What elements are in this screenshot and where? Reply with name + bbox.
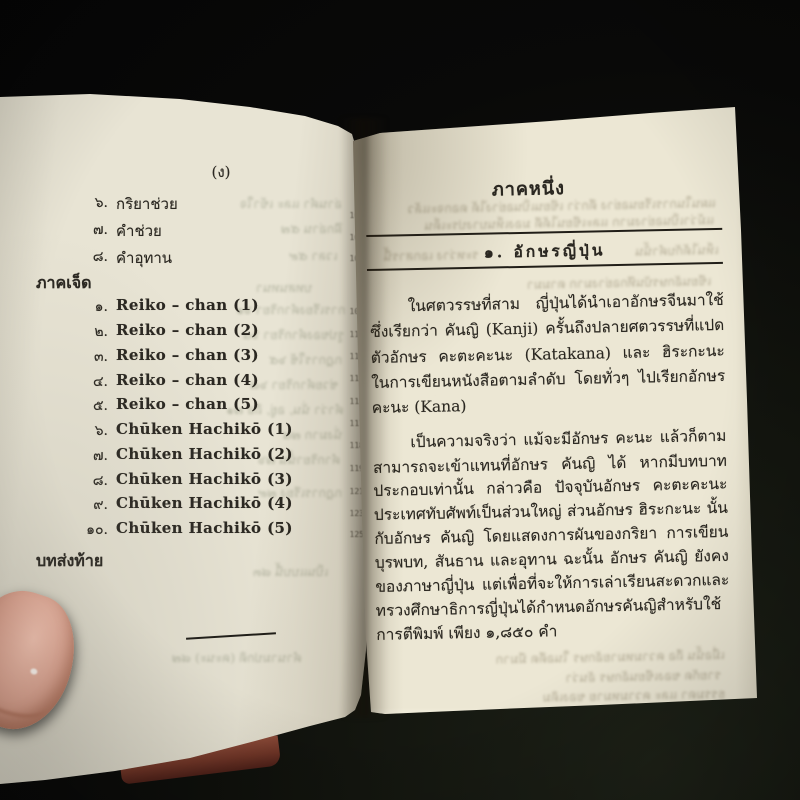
paragraph-line: คะนะ (Kana) (371, 388, 725, 422)
section-heading-part7: ภาคเจ็ด (36, 271, 91, 296)
toc-number: ๙. (54, 494, 108, 516)
toc-label: Reiko – chan (5) (116, 395, 259, 413)
show-through-line: อ่านคำ และ เข้าใจ (240, 194, 342, 214)
thumb-highlight (30, 667, 39, 675)
toc-label: Chūken Hachikō (3) (116, 470, 293, 488)
toc-number: ๖. (54, 192, 108, 214)
toc-label: Reiko – chan (3) (116, 346, 259, 364)
right-page-content: แผนในการเรียนอย่าง ดีกว่า เขียนเป็นอย่าง… (344, 92, 766, 720)
toc-label: Reiko – chan (1) (116, 296, 259, 314)
show-through-line: เวลา ๕๙ (289, 246, 338, 266)
show-through-line: ธรรมดา และ ความหมาย ของเดิม (445, 684, 725, 710)
toc-number: ๑. (54, 296, 108, 318)
right-page: แผนในการเรียนอย่าง ดีกว่า เขียนเป็นอย่าง… (350, 100, 760, 720)
toc-divider-line (186, 632, 276, 639)
show-through-line: รายกัด ของเขียนอักษร อันว่า (391, 665, 721, 692)
show-through-line: เมื่อนั้น ถือ ความหมายอักษร ในอดีต มีมาก (405, 645, 725, 671)
toc-label: Reiko – chan (2) (116, 321, 259, 339)
toc-label: Chūken Hachikō (2) (116, 445, 293, 463)
part-heading: ภาคหนึ่ง (403, 171, 654, 205)
toc-number: ๗. (54, 219, 108, 241)
show-through-line: บทสนทนา (256, 278, 312, 298)
toc-label: กริยาช่วย (116, 192, 178, 216)
toc-number: ๑๐. (54, 519, 108, 541)
toc-number: ๔. (54, 371, 108, 393)
toc-number: ๘. (54, 246, 108, 268)
toc-number: ๕. (54, 395, 108, 417)
toc-label: คำช่วย (116, 219, 162, 243)
toc-label: คำอุทาน (116, 246, 172, 270)
toc-label: Chūken Hachikō (4) (116, 494, 293, 512)
epilogue-heading: บทส่งท้าย (36, 549, 103, 574)
show-through-line: คำนามปกติ (คะนะ) ๘๗ (172, 648, 302, 668)
toc-number: ๓. (54, 346, 108, 368)
edge-page-number: 125 (344, 530, 364, 539)
toc-number: ๒. (54, 321, 108, 343)
toc-number: ๗. (54, 445, 108, 467)
show-through-line: เป็นแบบนี้ ๘๓ (253, 562, 328, 582)
edge-page-number: 123 (344, 509, 364, 518)
toc-number: ๘. (54, 470, 108, 492)
toc-label: Reiko – chan (4) (116, 371, 259, 389)
book-photo-scene: อ่านคำ และ เข้าใจ ฝึกอ่าน ๕๗ เวลา ๕๙ บทส… (0, 0, 800, 800)
show-through-line: กฎการใช้ ๖๕ (269, 350, 342, 370)
show-through-line: ช่วยคำกริยา ๖๘ (250, 375, 338, 395)
page-header: (ง) (193, 160, 249, 184)
paragraph-line: การตีพิมพ์ เพียง ๑,๘๕๐ คำ (376, 615, 730, 649)
show-through-line: ฝึกอ่าน ๕๗ (281, 219, 342, 239)
toc-number: ๖. (54, 420, 108, 442)
toc-label: Chūken Hachikō (5) (116, 519, 293, 537)
toc-label: Chūken Hachikō (1) (116, 420, 293, 438)
edge-page-number: 121 (344, 487, 364, 496)
